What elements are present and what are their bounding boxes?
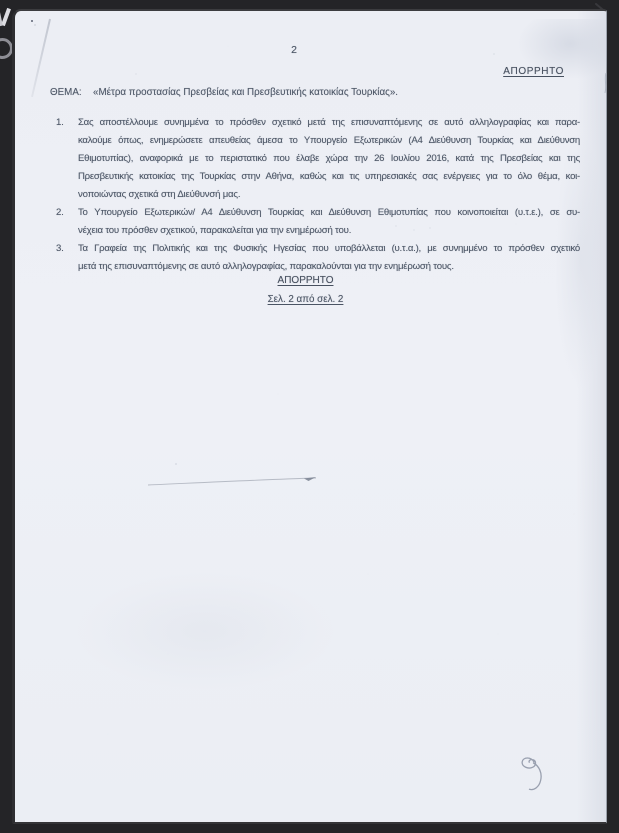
item-number: 3. (56, 240, 78, 258)
item-number: 1. (56, 114, 78, 132)
page-number: 2 (281, 44, 307, 56)
subject-label: ΘΕΜΑ: (50, 87, 93, 98)
paragraph-line: Πρεσβευτικής κατοικίας της Τουρκίας στην… (78, 168, 580, 186)
classification-stamp-footer: ΑΠΟΡΡΗΤΟ (15, 275, 596, 286)
paragraph-line: Σας αποστέλλουμε συνημμένα το πρόσθεν σχ… (78, 114, 580, 132)
paragraph-line: Τα Γραφεία της Πολιτικής και της Φυσικής… (78, 240, 580, 258)
background-cropped-glyphs (0, 6, 12, 68)
cropped-letter-fragment (0, 38, 12, 59)
stray-pen-line (146, 473, 326, 489)
cropped-letter-fragment (0, 8, 3, 26)
paragraph-line: Εθιμοτυπίας), αναφορικά με το περιστατικ… (78, 150, 580, 168)
paragraph-line: Το Υπουργείο Εξωτερικών/ Α4 Διεύθυνση Το… (78, 204, 580, 222)
subject-text: «Μέτρα προστασίας Πρεσβείας και Πρεσβευτ… (93, 87, 398, 98)
item-number: 2. (56, 204, 78, 222)
document-page: 2 ΑΠΟΡΡΗΤΟ ΘΕΜΑ: «Μέτρα προστασίας Πρεσβ… (12, 9, 607, 824)
classification-stamp-top: ΑΠΟΡΡΗΤΟ (503, 66, 564, 77)
numbered-paragraphs: 1. Σας αποστέλλουμε συνημμένα το πρόσθεν… (56, 114, 580, 276)
paragraph-line: μετά της επισυναπτόμενης σε αυτό αλληλογ… (78, 258, 580, 276)
margin-smudge (600, 71, 612, 97)
scan-noise-specks (15, 11, 17, 13)
paragraph-line: νοποιώντας σχετικά στη Διεύθυνσή μας. (78, 186, 580, 204)
scan-grain (75, 571, 335, 691)
paragraph-line: καλούμε όπως, ενημερώσετε απευθείας άμεσ… (78, 132, 580, 150)
scanned-document-viewer: 2 ΑΠΟΡΡΗΤΟ ΘΕΜΑ: «Μέτρα προστασίας Πρεσβ… (0, 0, 619, 833)
handwritten-paraph (518, 752, 554, 800)
subject-line: ΘΕΜΑ: «Μέτρα προστασίας Πρεσβείας και Πρ… (50, 87, 590, 98)
page-count-footer: Σελ. 2 από σελ. 2 (15, 294, 596, 305)
paragraph-line: νέχεια του πρόσθεν σχετικού, παρακαλείτα… (78, 222, 580, 240)
paper-crease (31, 19, 51, 97)
